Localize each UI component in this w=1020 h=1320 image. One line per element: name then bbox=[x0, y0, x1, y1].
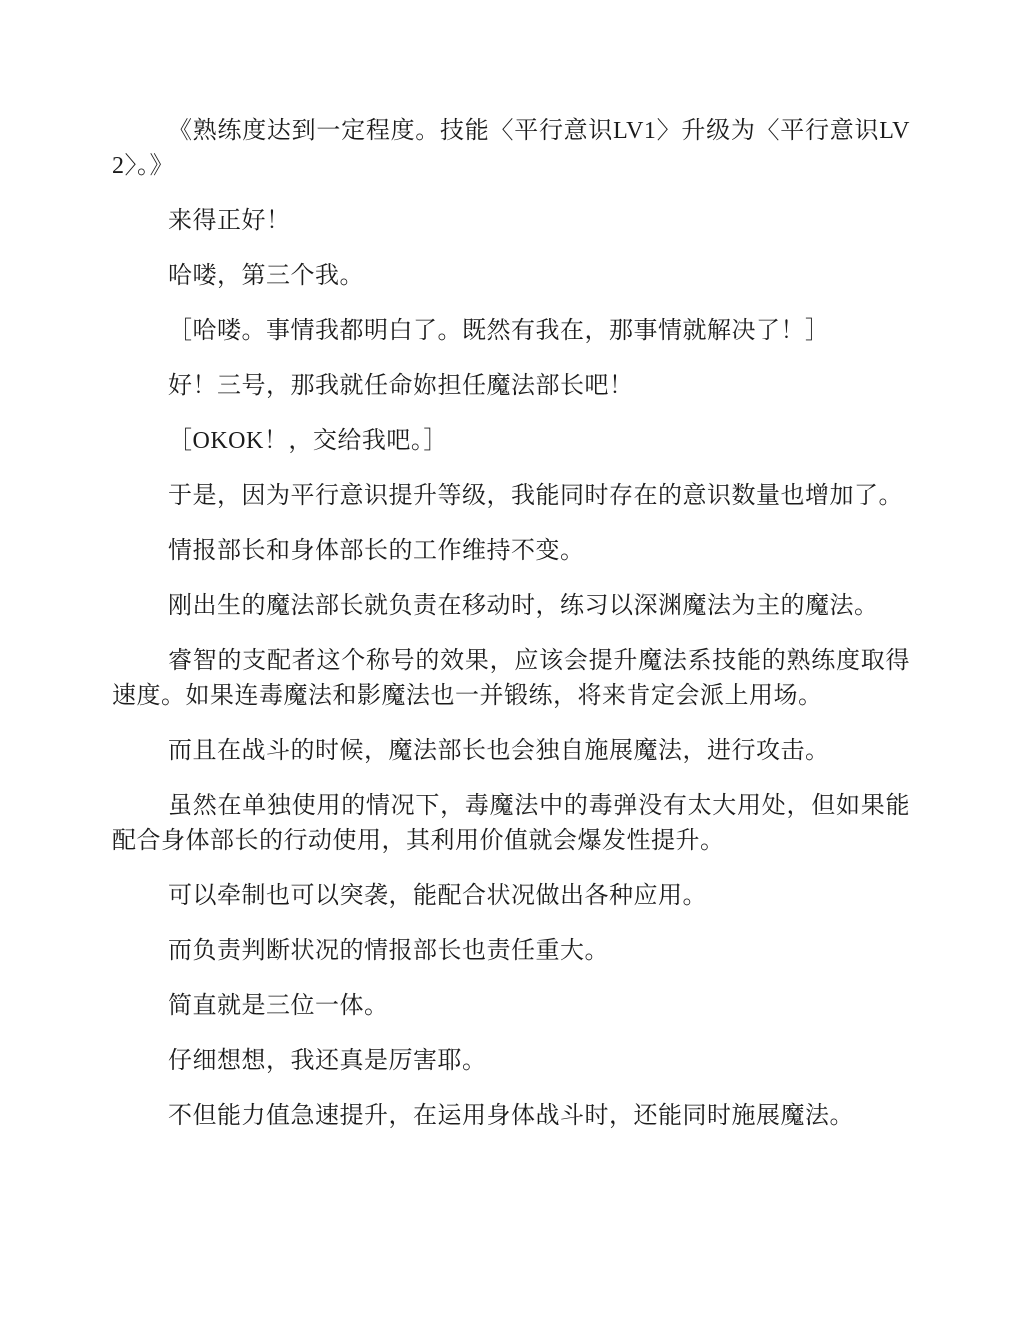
paragraph: 可以牵制也可以突袭，能配合状况做出各种应用。 bbox=[112, 879, 910, 914]
paragraph-dialogue: ［OKOK！，交给我吧。］ bbox=[112, 424, 910, 459]
paragraph-dialogue: ［哈喽。事情我都明白了。既然有我在，那事情就解决了！］ bbox=[112, 314, 910, 349]
paragraph: 睿智的支配者这个称号的效果，应该会提升魔法系技能的熟练度取得速度。如果连毒魔法和… bbox=[112, 644, 910, 714]
paragraph-system-message: 《熟练度达到一定程度。技能〈平行意识LV1〉升级为〈平行意识LV2〉。》 bbox=[112, 114, 910, 184]
paragraph: 而负责判断状况的情报部长也责任重大。 bbox=[112, 934, 910, 969]
paragraph: 情报部长和身体部长的工作维持不变。 bbox=[112, 534, 910, 569]
paragraph: 不但能力值急速提升，在运用身体战斗时，还能同时施展魔法。 bbox=[112, 1099, 910, 1134]
paragraph: 刚出生的魔法部长就负责在移动时，练习以深渊魔法为主的魔法。 bbox=[112, 589, 910, 624]
paragraph: 简直就是三位一体。 bbox=[112, 989, 910, 1024]
paragraph: 而且在战斗的时候，魔法部长也会独自施展魔法，进行攻击。 bbox=[112, 734, 910, 769]
paragraph: 来得正好！ bbox=[112, 204, 910, 239]
paragraph: 好！三号，那我就任命妳担任魔法部长吧！ bbox=[112, 369, 910, 404]
document-page: 《熟练度达到一定程度。技能〈平行意识LV1〉升级为〈平行意识LV2〉。》 来得正… bbox=[0, 0, 1020, 1320]
paragraph: 哈喽，第三个我。 bbox=[112, 259, 910, 294]
paragraph: 于是，因为平行意识提升等级，我能同时存在的意识数量也增加了。 bbox=[112, 479, 910, 514]
paragraph: 仔细想想，我还真是厉害耶。 bbox=[112, 1044, 910, 1079]
paragraph: 虽然在单独使用的情况下，毒魔法中的毒弹没有太大用处，但如果能配合身体部长的行动使… bbox=[112, 789, 910, 859]
